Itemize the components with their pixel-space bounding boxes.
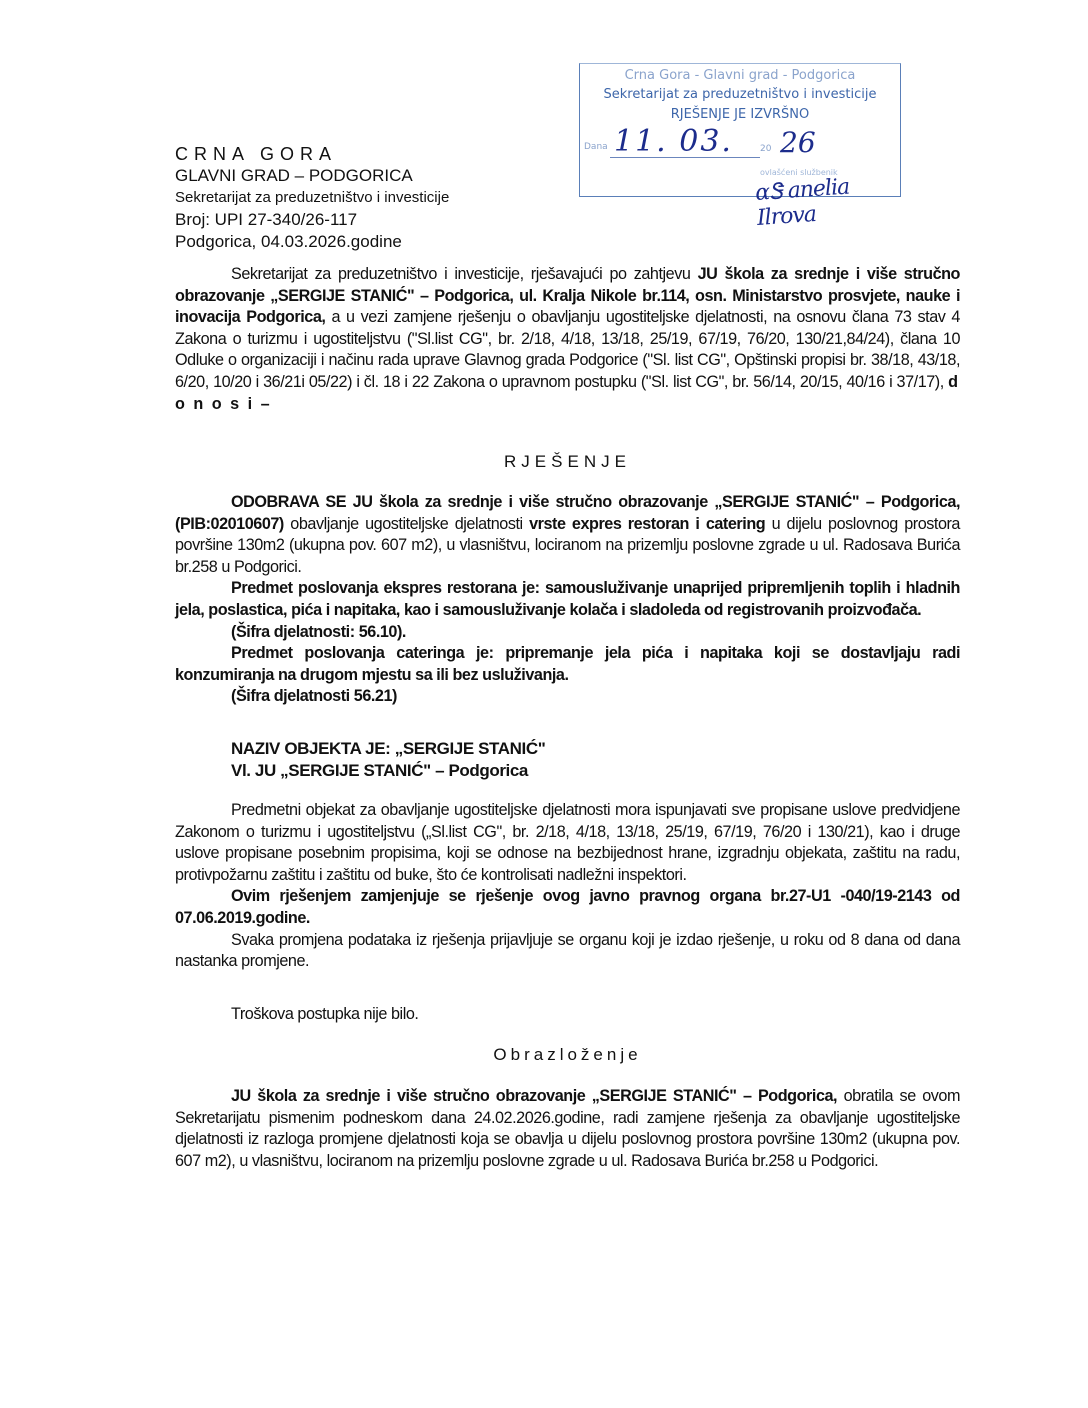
change-notice: Svaka promjena podataka iz rješenja prij… — [175, 930, 960, 973]
conditions-text: Predmetni objekat za obavljanje ugostite… — [175, 800, 960, 886]
reasoning-heading: Obrazloženje — [175, 1045, 960, 1065]
costs-section: Troškova postupka nije bilo. — [175, 1004, 960, 1026]
department: Sekretarijat za preduzetništvo i investi… — [175, 187, 449, 209]
case-number: Broj: UPI 27-340/26-117 — [175, 209, 449, 231]
reasoning-section: JU škola za srednje i više stručno obraz… — [175, 1086, 960, 1172]
intro-paragraph: Sekretarijat za preduzetništvo i investi… — [175, 264, 960, 415]
object-name-block: NAZIV OBJEKTA JE: „SERGIJE STANIĆ" Vl. J… — [231, 738, 545, 782]
reasoning-applicant: JU škola za srednje i više stručno obraz… — [231, 1087, 837, 1105]
decision-heading: RJEŠENJE — [175, 452, 960, 472]
costs-text: Troškova postupka nije bilo. — [175, 1004, 960, 1026]
document-header: CRNA GORA GLAVNI GRAD – PODGORICA Sekret… — [175, 143, 449, 253]
stamp-department: Sekretarijat za preduzetništvo i investi… — [580, 87, 900, 102]
city: GLAVNI GRAD – PODGORICA — [175, 165, 449, 187]
stamp-authority: Crna Gora - Glavni grad - Podgorica — [580, 68, 900, 83]
stamp-year-value: 26 — [780, 126, 816, 159]
enforceability-stamp: Crna Gora - Glavni grad - Podgorica Sekr… — [579, 63, 901, 197]
express-subject: Predmet poslovanja ekspres restorana je:… — [175, 578, 960, 621]
catering-subject: Predmet poslovanja cateringa je: priprem… — [175, 643, 960, 686]
stamp-year-prefix: 20 — [760, 144, 771, 154]
express-code: (Šifra djelatnosti: 56.10). — [175, 622, 960, 644]
approval-section: ODOBRAVA SE JU škola za srednje i više s… — [175, 492, 960, 708]
stamp-date-value: 11. 03. — [614, 124, 733, 159]
object-owner: Vl. JU „SERGIJE STANIĆ" – Podgorica — [231, 760, 545, 782]
country: CRNA GORA — [175, 143, 449, 165]
stamp-date-label: Dana — [584, 142, 608, 152]
object-name: NAZIV OBJEKTA JE: „SERGIJE STANIĆ" — [231, 738, 545, 760]
document-page: Crna Gora - Glavni grad - Podgorica Sekr… — [0, 0, 1088, 1408]
catering-code: (Šifra djelatnosti 56.21) — [175, 686, 960, 708]
approval-type: vrste expres restoran i catering — [529, 515, 765, 533]
stamp-status: RJEŠENJE JE IZVRŠNO — [580, 107, 900, 122]
approval-activity: obavljanje ugostiteljske djelatnosti — [284, 515, 529, 533]
place-date: Podgorica, 04.03.2026.godine — [175, 231, 449, 253]
signature: ɑᏕ anelia Ilrova — [754, 171, 901, 231]
intro-text: Sekretarijat za preduzetništvo i investi… — [231, 265, 698, 283]
replacement-text: Ovim rješenjem zamjenjuje se rješenje ov… — [175, 886, 960, 929]
conditions-section: Predmetni objekat za obavljanje ugostite… — [175, 800, 960, 973]
